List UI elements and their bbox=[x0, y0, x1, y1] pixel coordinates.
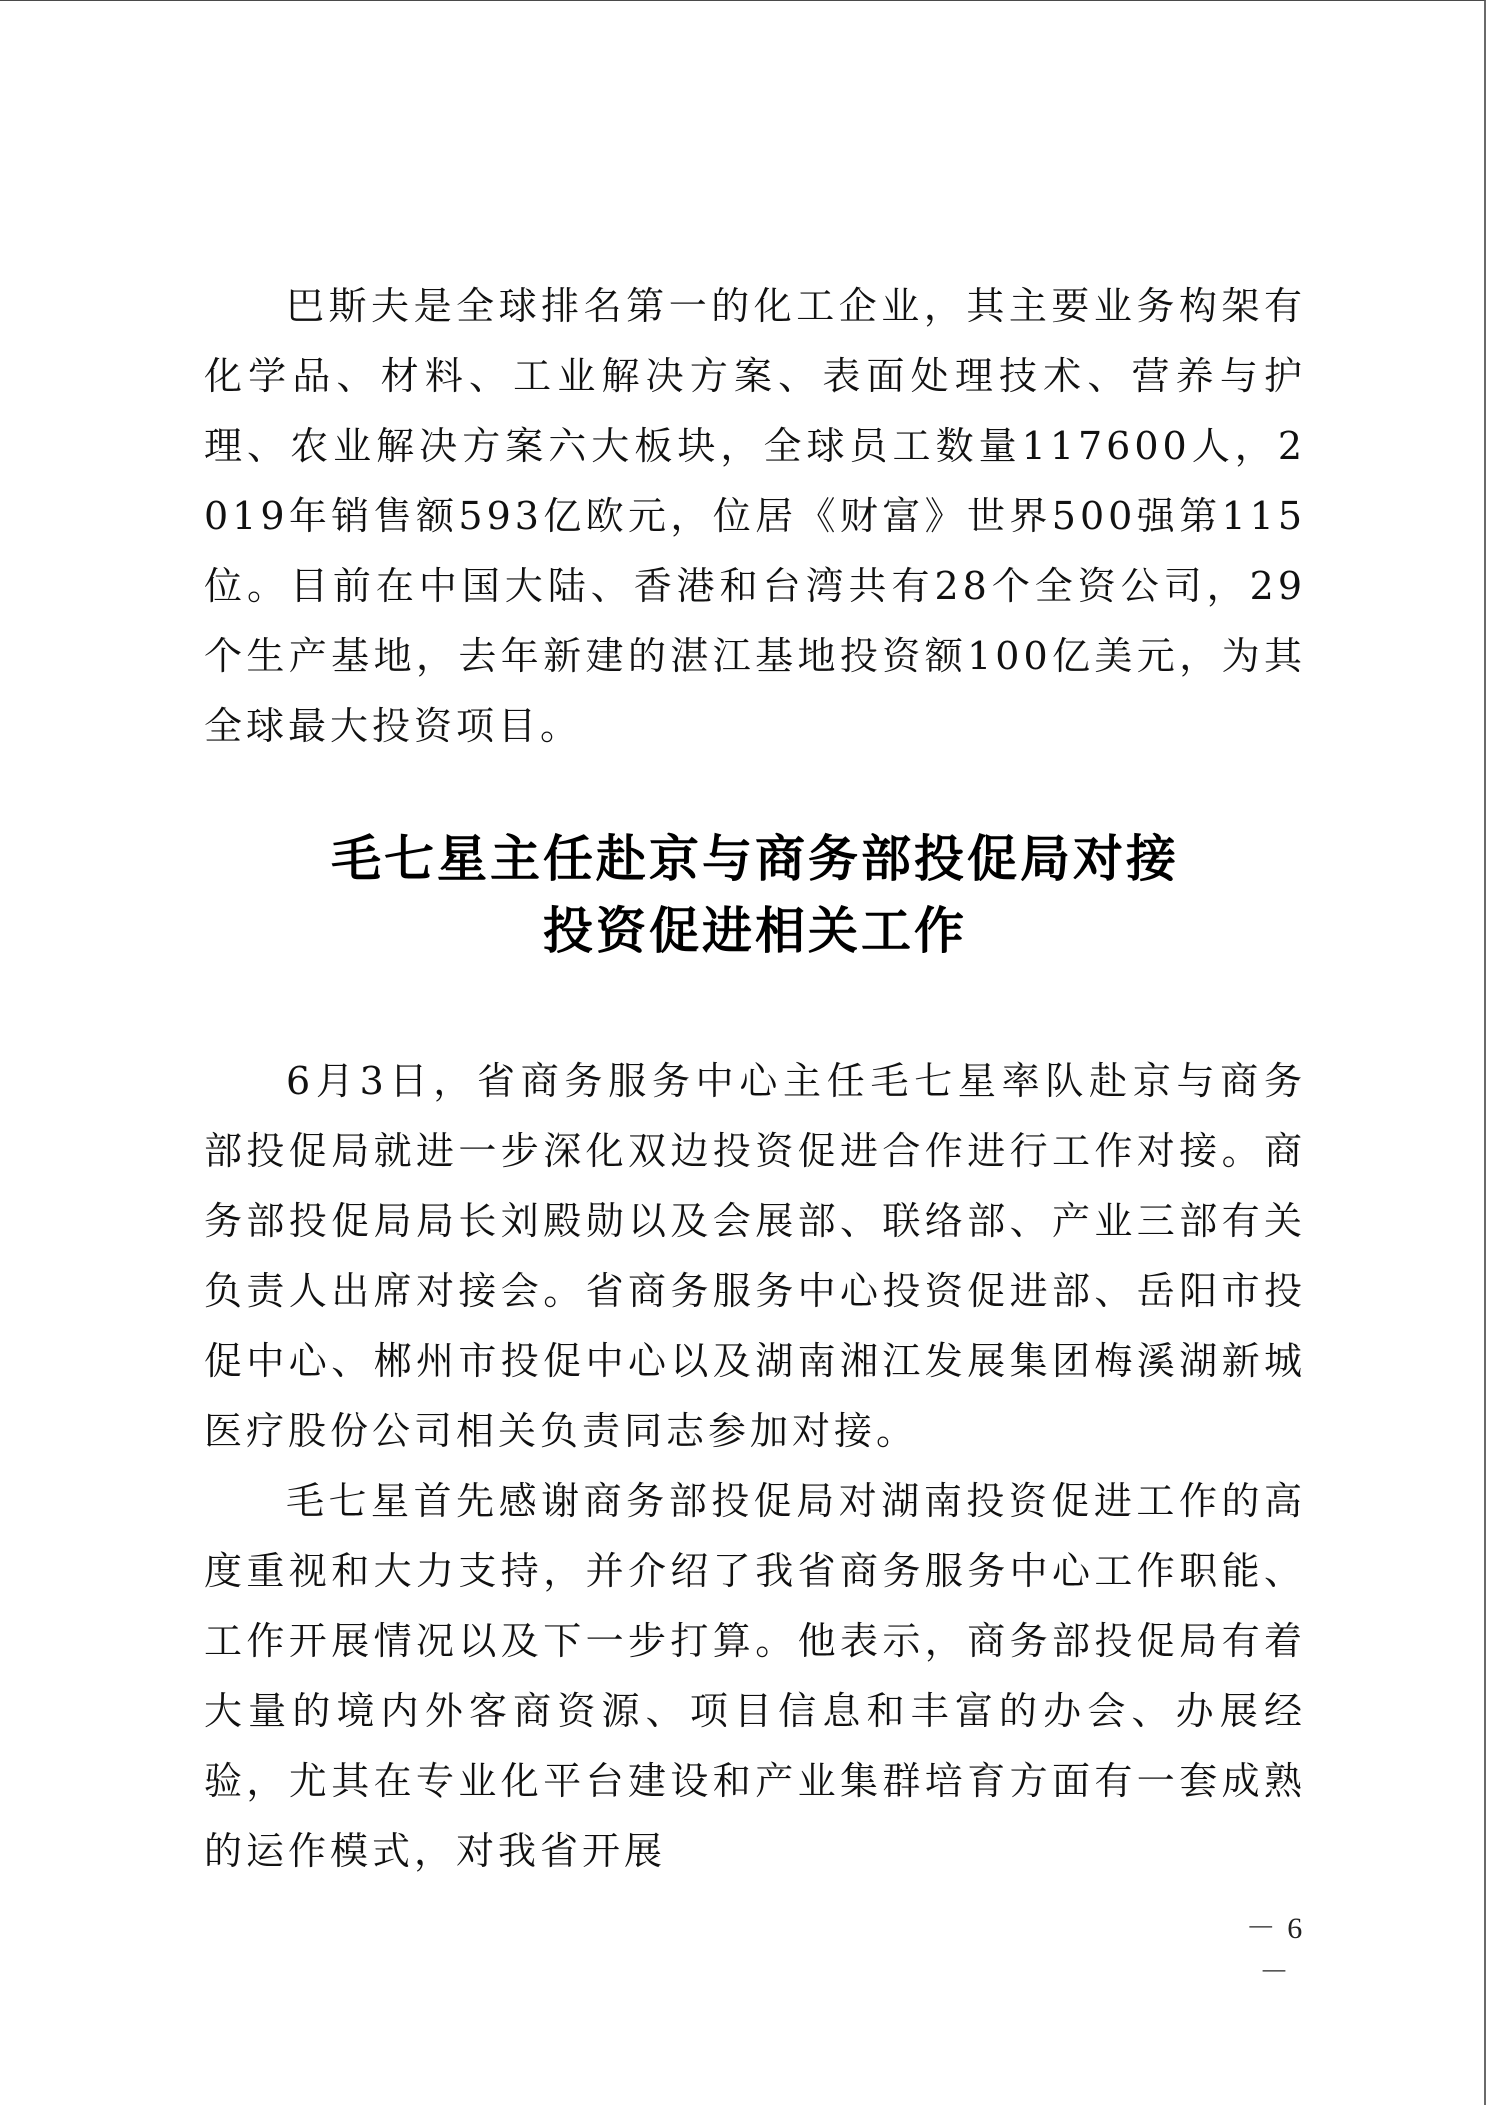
paragraph-mao-remarks: 毛七星首先感谢商务部投促局对湖南投资促进工作的高度重视和大力支持，并介绍了我省商… bbox=[204, 1466, 1306, 1886]
document-page: 巴斯夫是全球排名第一的化工企业，其主要业务构架有化学品、材料、工业解决方案、表面… bbox=[0, 0, 1486, 2105]
paragraph-meeting-summary: 6月3日，省商务服务中心主任毛七星率队赴京与商务部投促局就进一步深化双边投资促进… bbox=[204, 1046, 1306, 1466]
page-number: － 6 － bbox=[1230, 1903, 1320, 1991]
article-title: 毛七星主任赴京与商务部投促局对接 投资促进相关工作 bbox=[204, 823, 1306, 967]
article-title-line-1: 毛七星主任赴京与商务部投促局对接 bbox=[204, 823, 1306, 895]
article-title-line-2: 投资促进相关工作 bbox=[204, 895, 1306, 967]
paragraph-basf-overview: 巴斯夫是全球排名第一的化工企业，其主要业务构架有化学品、材料、工业解决方案、表面… bbox=[204, 271, 1306, 761]
